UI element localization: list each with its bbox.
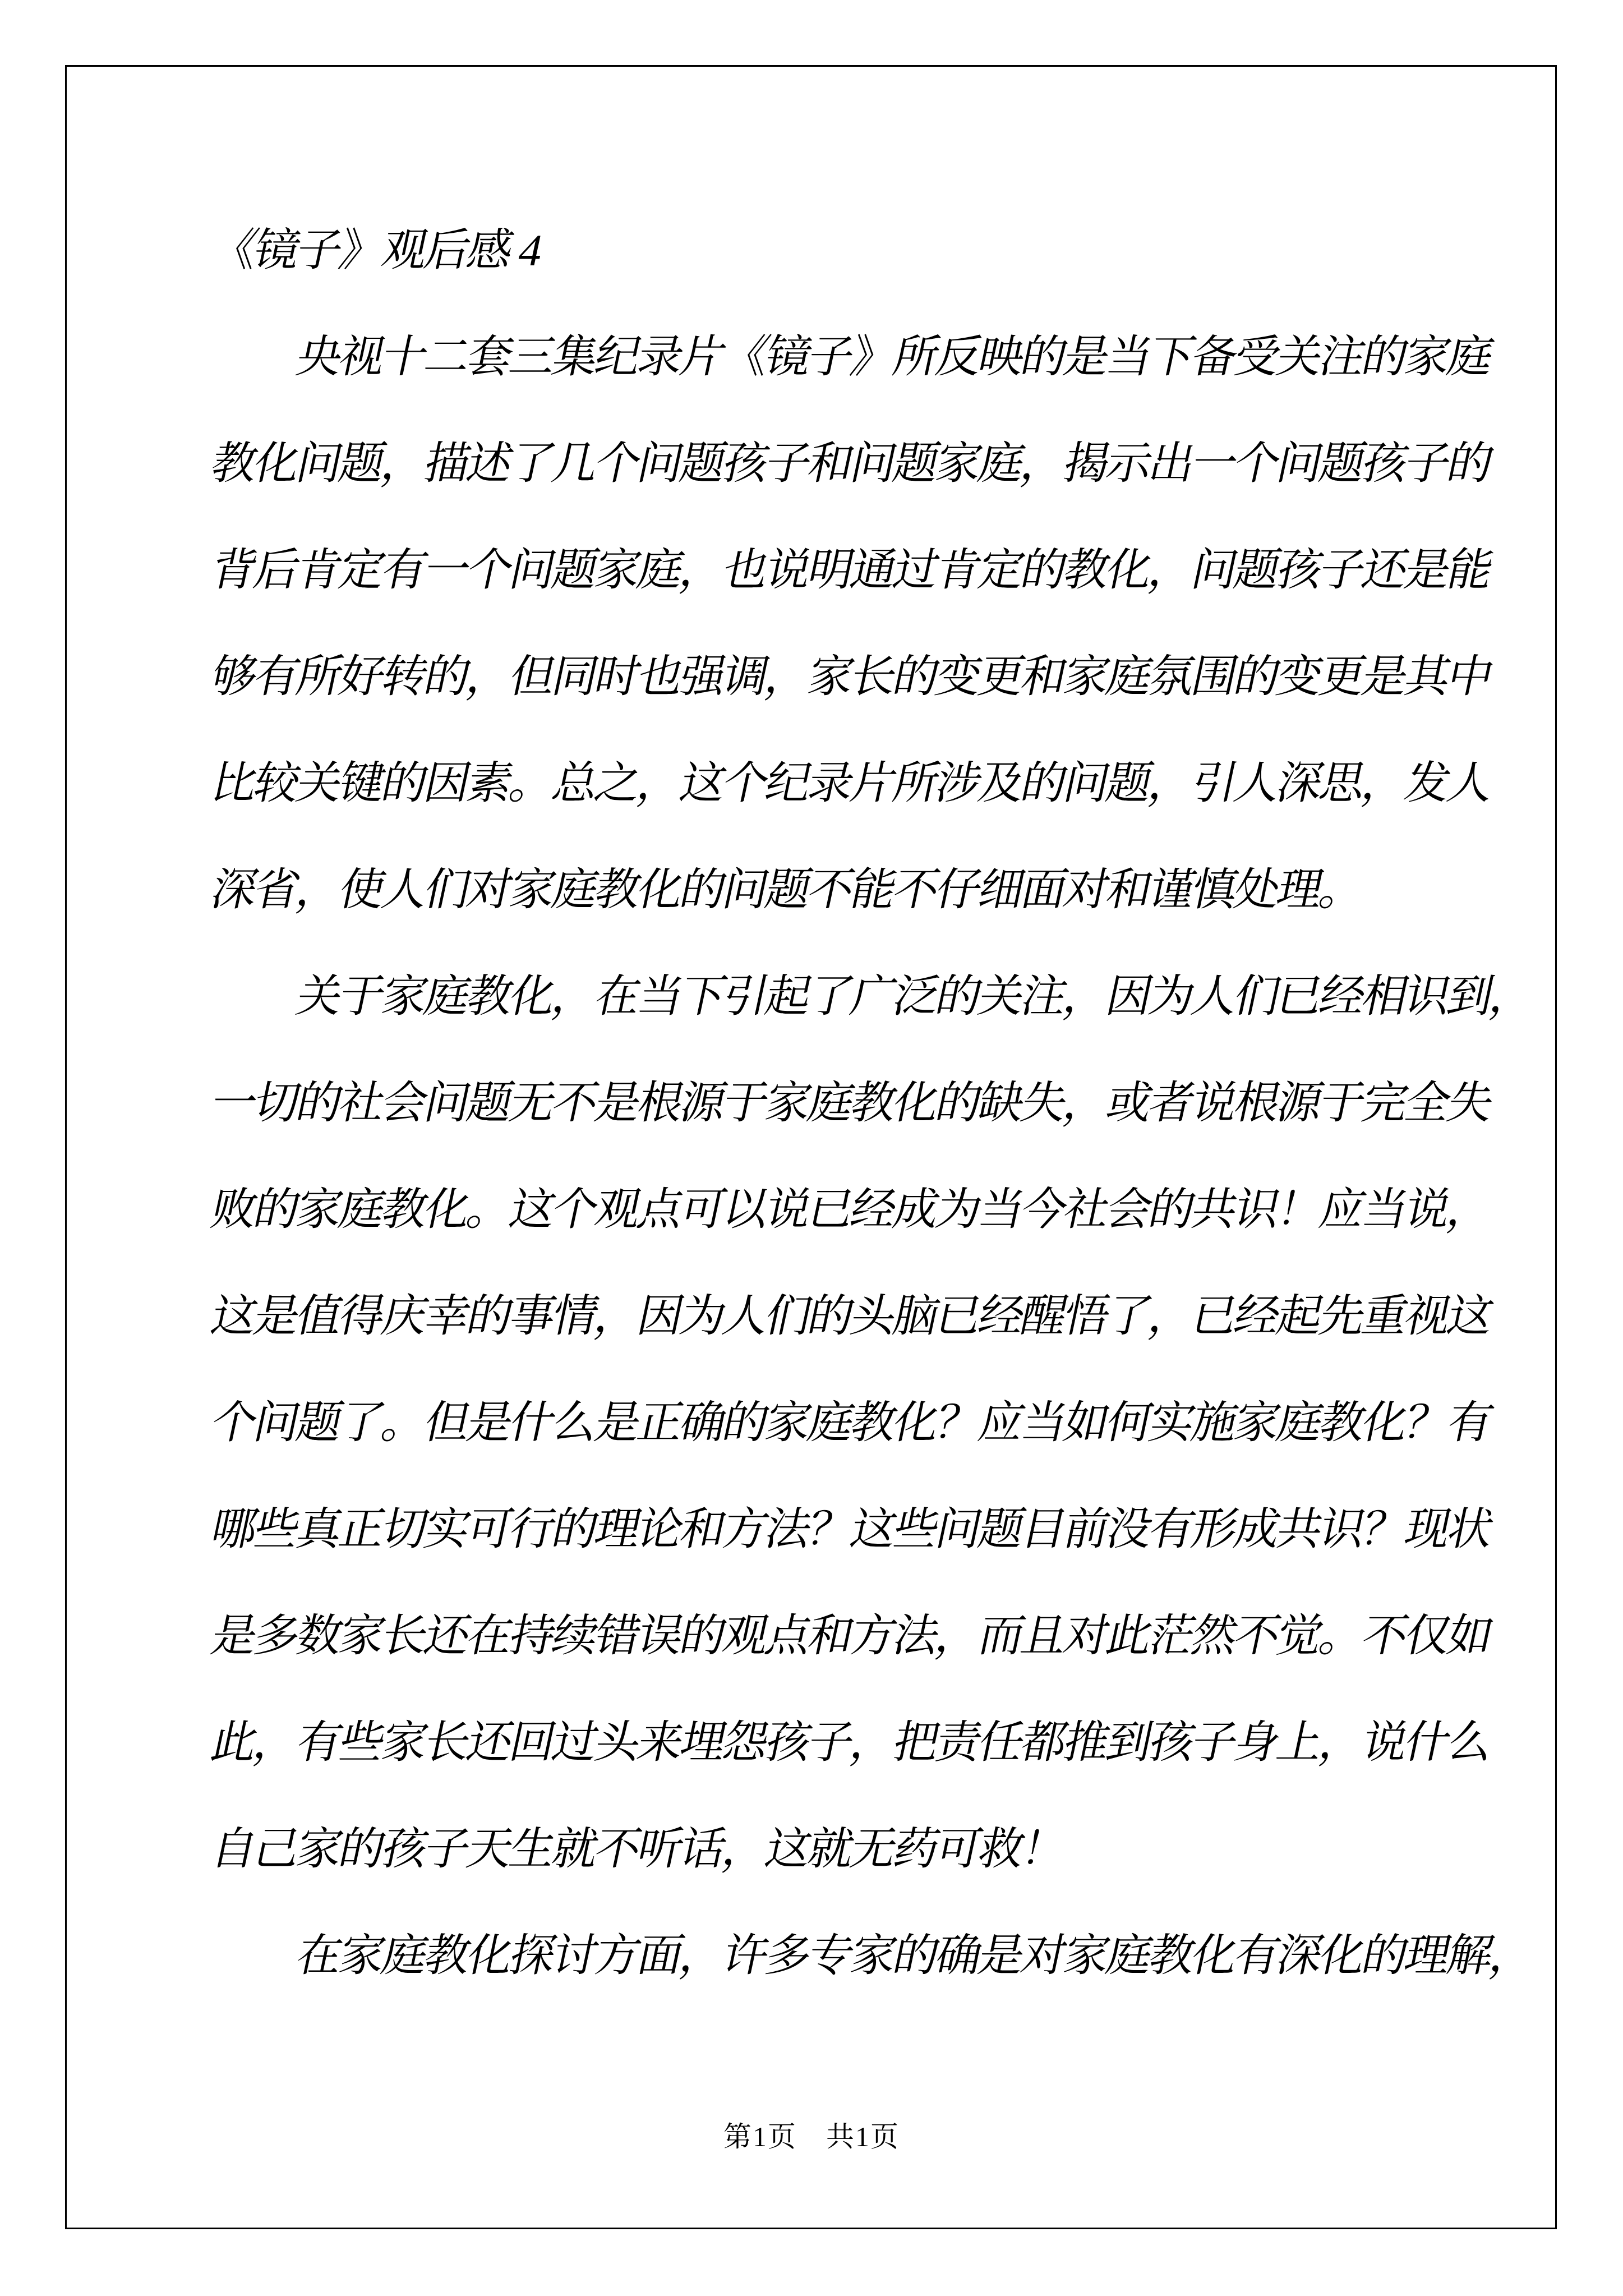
page-footer: 第1页 共1页 xyxy=(0,2119,1623,2154)
text-line-12: 哪些真正切实可行的理论和方法？这些问题目前没有形成共识？现状 xyxy=(201,1476,1475,1583)
text-line-2: 教化问题，描述了几个问题孩子和问题家庭，揭示出一个问题孩子的 xyxy=(201,411,1475,517)
text-line-15: 自己家的孩子天生就不听话，这就无药可救！ xyxy=(201,1796,1475,1903)
text-line-4: 够有所好转的，但同时也强调，家长的变更和家庭氛围的变更是其中 xyxy=(201,624,1475,730)
text-line-11: 个问题了。但是什么是正确的家庭教化？应当如何实施家庭教化？有 xyxy=(201,1370,1475,1476)
text-line-7: 关于家庭教化，在当下引起了广泛的关注，因为人们已经相识到， xyxy=(201,944,1475,1050)
text-line-13: 是多数家长还在持续错误的观点和方法，而且对此茫然不觉。不仅如 xyxy=(201,1583,1475,1690)
document-body: 《镜子》观后感 4 央视十二套三集纪录片《镜子》所反映的是当下备受关注的家庭 教… xyxy=(201,197,1453,2009)
text-line-9: 败的家庭教化。这个观点可以说已经成为当今社会的共识！应当说， xyxy=(201,1157,1475,1263)
document-page: 《镜子》观后感 4 央视十二套三集纪录片《镜子》所反映的是当下备受关注的家庭 教… xyxy=(0,0,1623,2296)
text-line-3: 背后肯定有一个问题家庭，也说明通过肯定的教化，问题孩子还是能 xyxy=(201,517,1475,624)
text-line-8: 一切的社会问题无不是根源于家庭教化的缺失，或者说根源于完全失 xyxy=(201,1050,1475,1157)
text-line-10: 这是值得庆幸的事情，因为人们的头脑已经醒悟了，已经起先重视这 xyxy=(201,1263,1475,1370)
text-line-1: 央视十二套三集纪录片《镜子》所反映的是当下备受关注的家庭 xyxy=(201,304,1475,411)
text-line-14: 此，有些家长还回过头来埋怨孩子，把责任都推到孩子身上，说什么 xyxy=(201,1690,1475,1796)
text-line-16: 在家庭教化探讨方面，许多专家的确是对家庭教化有深化的理解， xyxy=(201,1903,1475,2009)
text-line-6: 深省，使人们对家庭教化的问题不能不仔细面对和谨慎处理。 xyxy=(201,837,1475,944)
text-line-5: 比较关键的因素。总之，这个纪录片所涉及的问题，引人深思，发人 xyxy=(201,730,1475,837)
document-title: 《镜子》观后感 4 xyxy=(201,197,1475,304)
